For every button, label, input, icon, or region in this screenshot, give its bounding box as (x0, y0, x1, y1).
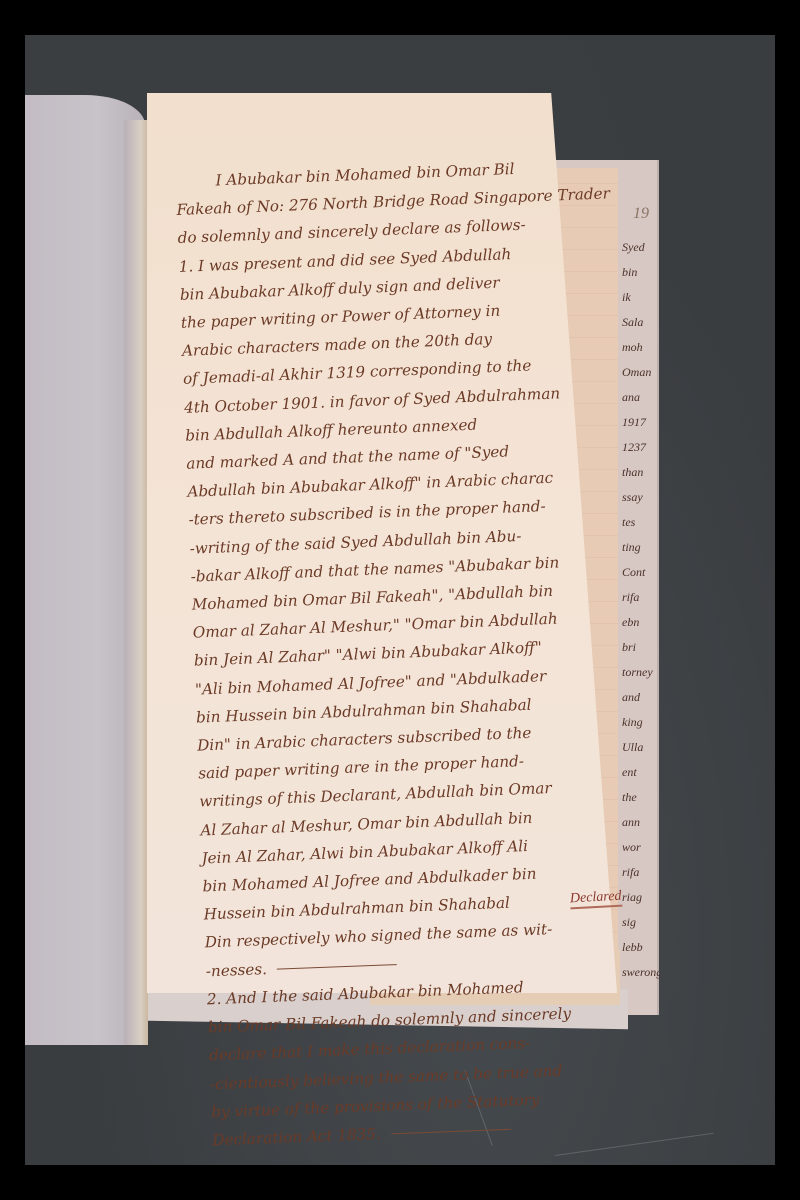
divider-rule (277, 964, 397, 970)
signature-fragment: Declared (570, 889, 622, 910)
book-spine (124, 120, 148, 1045)
declaration-text: I Abubakar bin Mohamed bin Omar Bil Fake… (175, 151, 658, 1154)
divider-rule (391, 1129, 511, 1135)
page-number-fragment: 19 (633, 205, 649, 223)
